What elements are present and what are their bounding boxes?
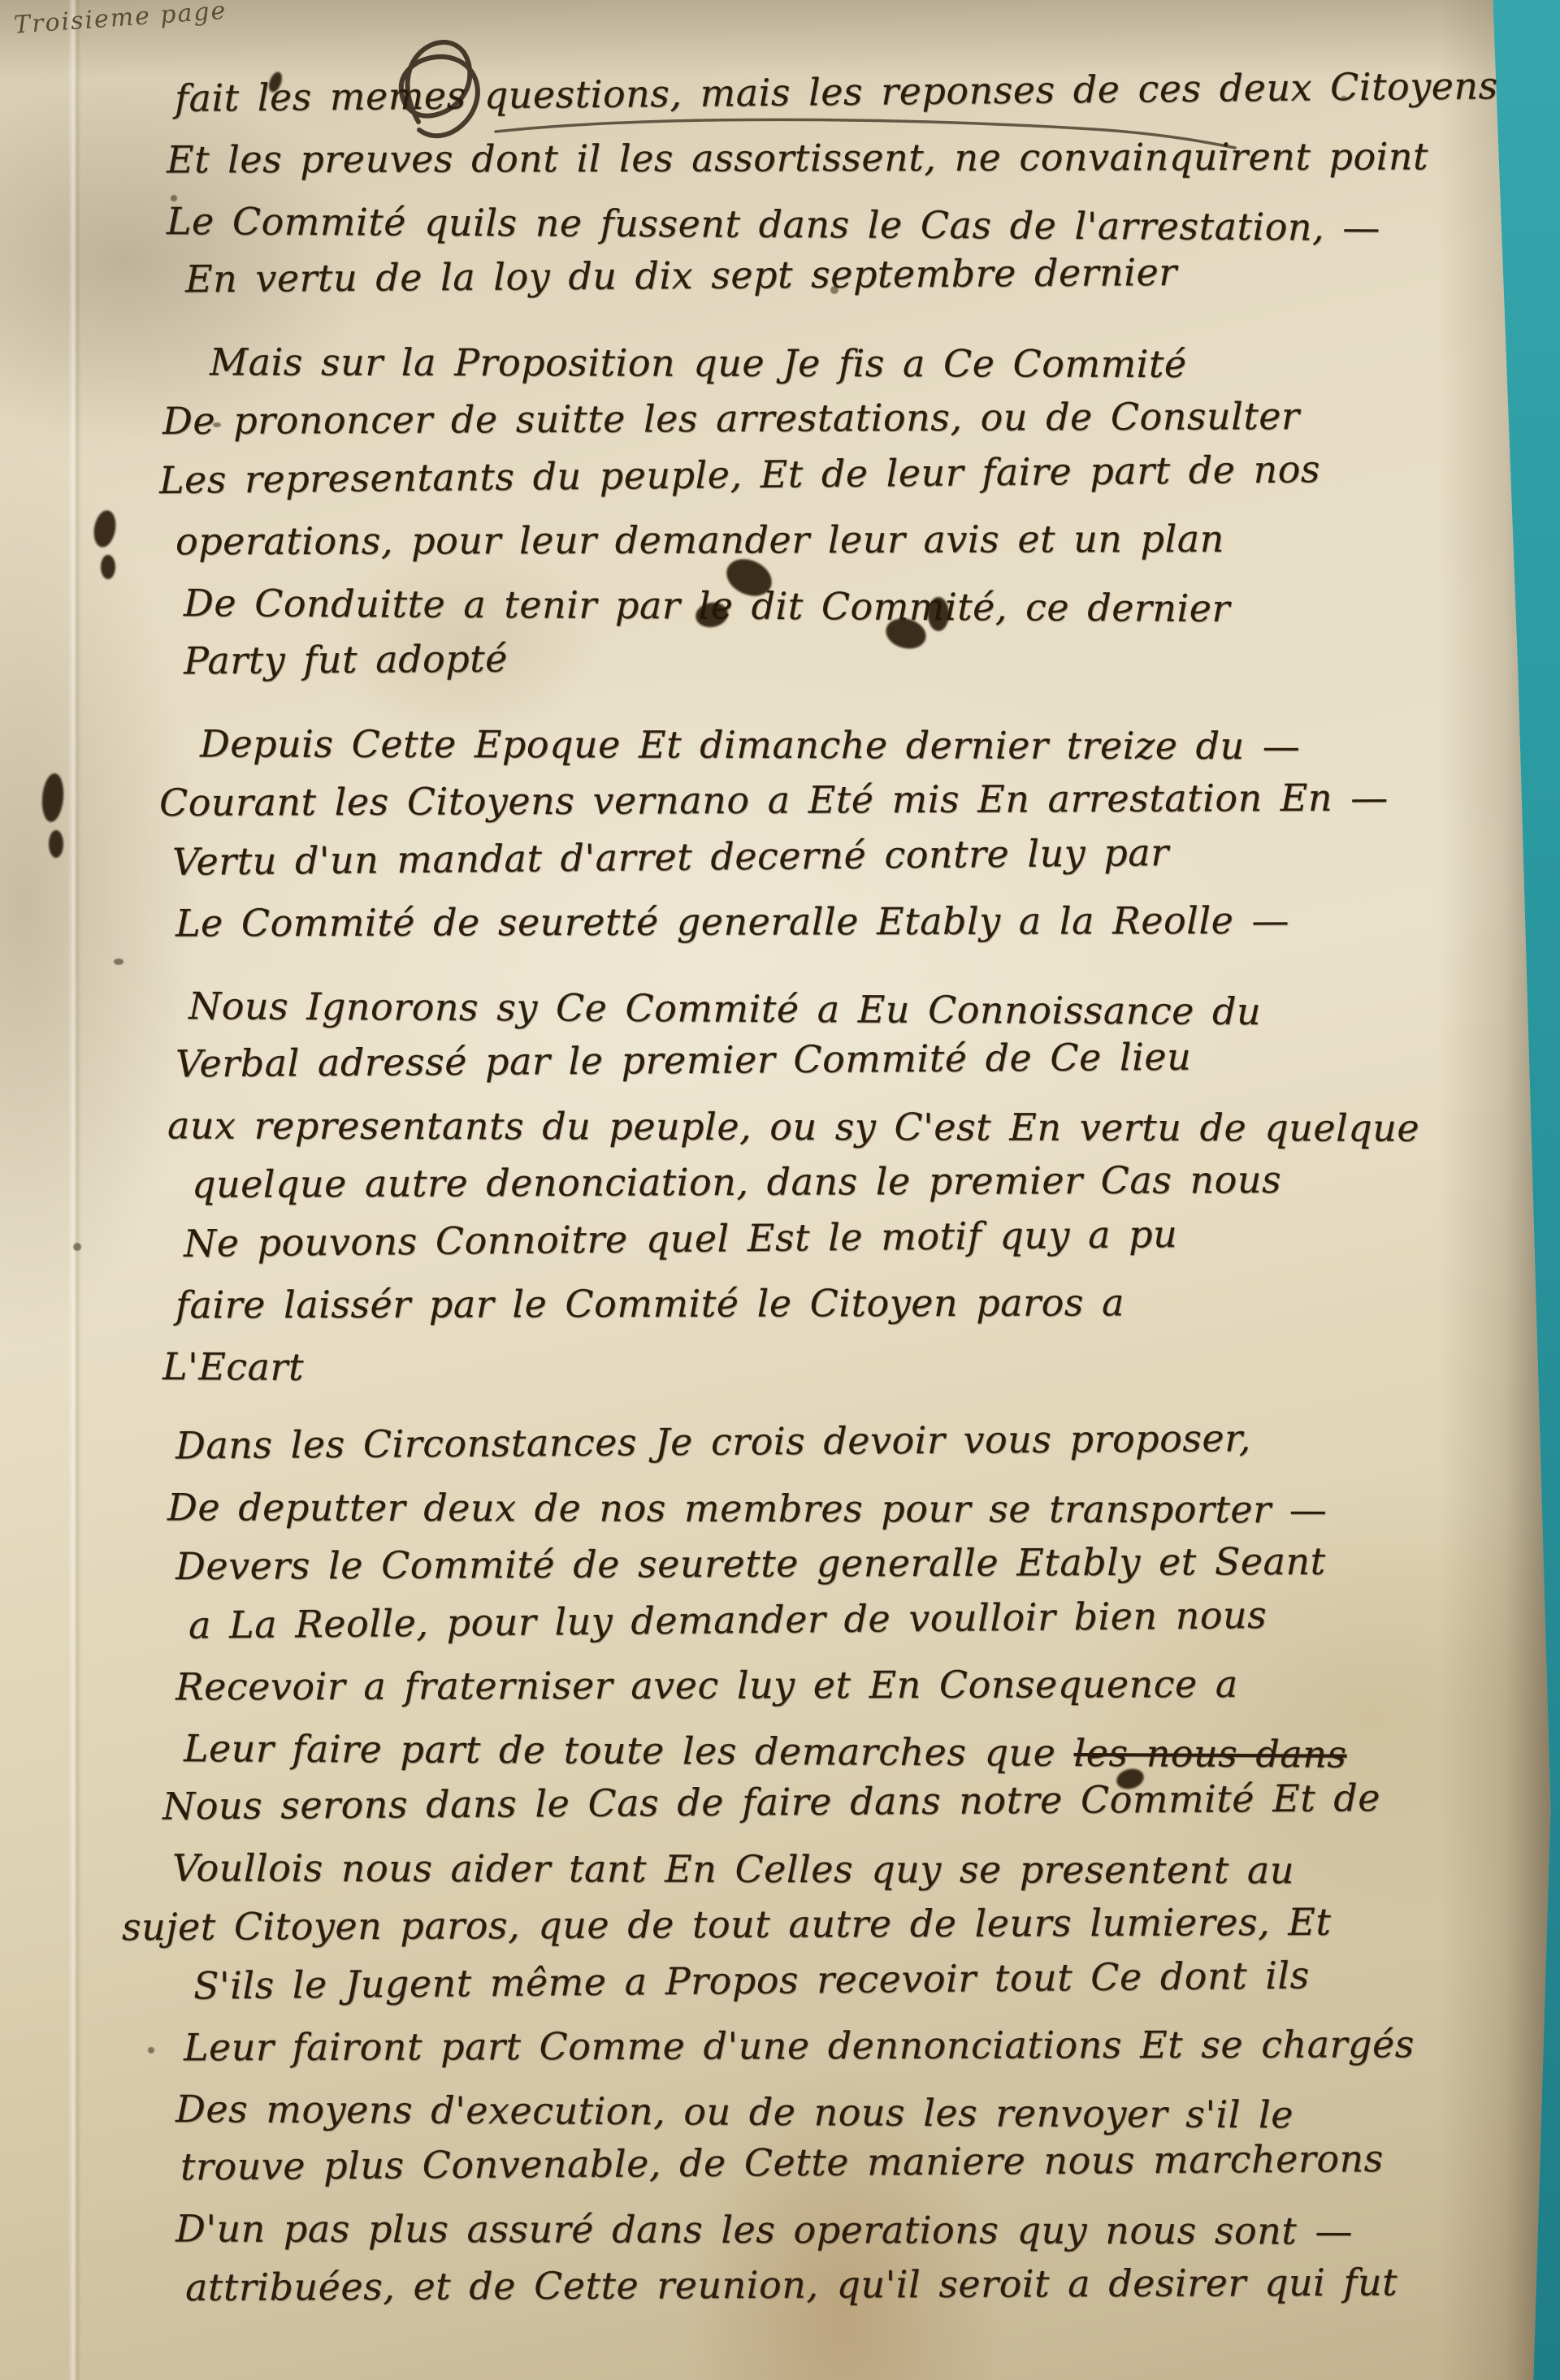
ink-speck <box>114 958 123 965</box>
ink-speck <box>148 2047 154 2053</box>
manuscript-line: Dans les Circonstances Je crois devoir v… <box>0 1406 1511 1477</box>
manuscript-line: Et les preuves dont il les assortissent,… <box>0 126 1511 190</box>
manuscript-line: Nous serons dans le Cas de faire dans no… <box>0 1767 1511 1837</box>
manuscript-line: Leur fairont part Comme d'une dennonciat… <box>0 2014 1511 2078</box>
manuscript-line: attribuées, et de Cette reunion, qu'il s… <box>0 2252 1511 2318</box>
page-text: fait les memes questions, mais les repon… <box>0 70 1511 2339</box>
manuscript-line: Recevoir a fraterniser avec luy et En Co… <box>0 1653 1511 1717</box>
ink-speck <box>213 422 221 427</box>
manuscript-line: L'Ecart <box>0 1335 1511 1404</box>
ink-blot <box>101 555 115 579</box>
manuscript-line: En vertu de la loy du dix sept septembre… <box>0 240 1511 310</box>
manuscript-photo: Troisieme page fait les memes questions,… <box>0 0 1560 2380</box>
paragraph: Dans les Circonstances Je crois devoir v… <box>0 1417 1511 2318</box>
ink-speck <box>830 286 838 294</box>
manuscript-line: Party fut adopté <box>0 621 1511 692</box>
paragraph: Nous Ignorons sy Ce Commité a Eu Connois… <box>0 975 1511 1396</box>
ink-blot <box>49 830 63 858</box>
paragraph: Mais sur la Proposition que Je fis a Ce … <box>0 331 1511 692</box>
manuscript-line: Verbal adressé par le premier Commité de… <box>0 1024 1511 1095</box>
ink-speck <box>1341 96 1347 101</box>
manuscript-line: trouve plus Convenable, de Cette maniere… <box>0 2127 1511 2198</box>
ink-speck <box>171 195 177 201</box>
ink-blot <box>928 597 949 631</box>
paragraph: Depuis Cette Epoque Et dimanche dernier … <box>0 713 1511 954</box>
paragraph: fait les memes questions, mais les repon… <box>0 70 1511 310</box>
manuscript-line: faire laissér par le Commité le Citoyen … <box>0 1271 1511 1335</box>
ink-speck <box>73 1243 81 1251</box>
manuscript-line: Le Commité de seuretté generalle Etably … <box>0 889 1511 954</box>
